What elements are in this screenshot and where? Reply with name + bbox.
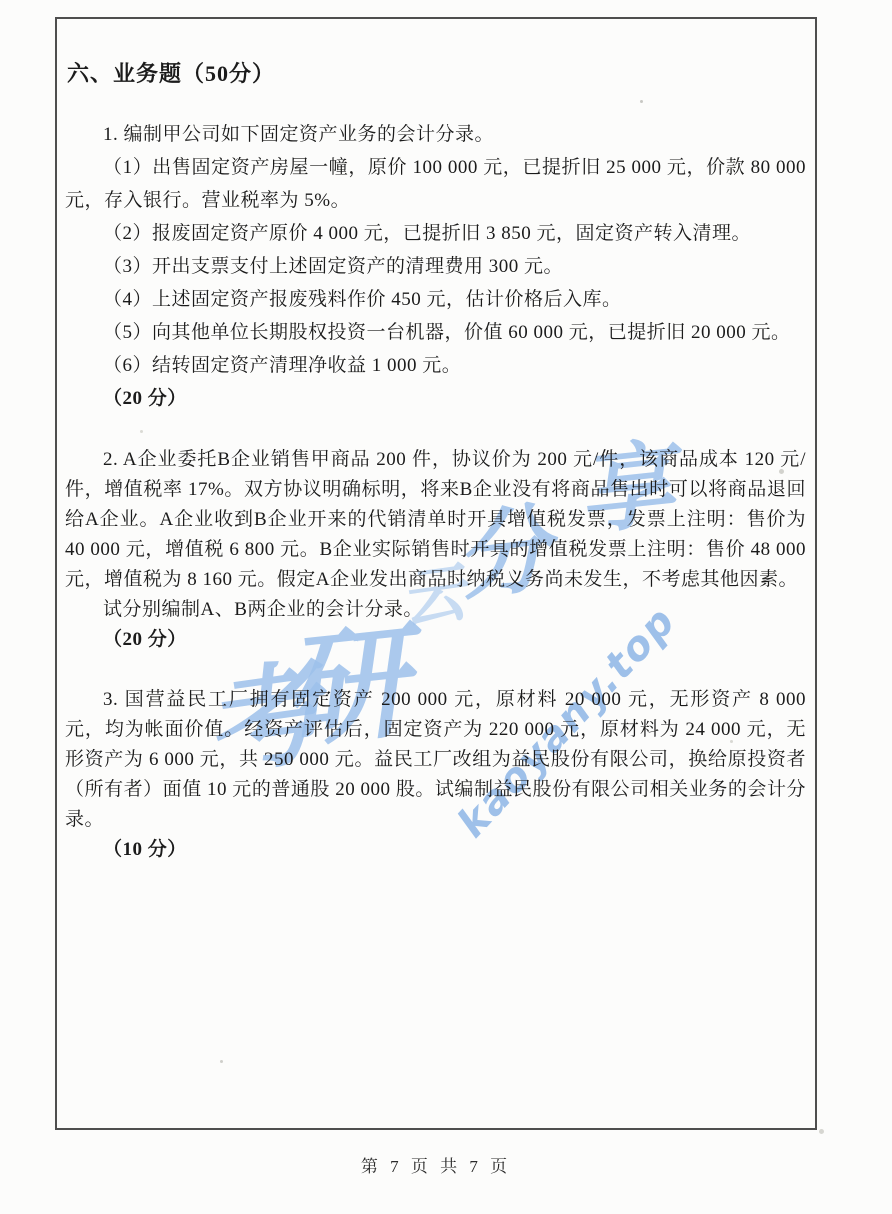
question-2-body: 2. A企业委托B企业销售甲商品 200 件，协议价为 200 元/件，该商品成… (65, 445, 806, 595)
question-1-item: （6）结转固定资产清理净收益 1 000 元。 (65, 349, 806, 382)
question-1-intro: 1. 编制甲公司如下固定资产业务的会计分录。 (65, 118, 806, 151)
question-2: 2. A企业委托B企业销售甲商品 200 件，协议价为 200 元/件，该商品成… (65, 445, 806, 655)
question-1-item: （5）向其他单位长期股权投资一台机器，价值 60 000 元，已提折旧 20 0… (65, 316, 806, 349)
section-title: 六、业务题（50分） (67, 57, 806, 88)
question-3-score: （10 分） (65, 835, 806, 865)
question-3-body: 3. 国营益民工厂拥有固定资产 200 000 元，原材料 20 000 元，无… (65, 685, 806, 835)
page-border-frame: 六、业务题（50分） 1. 编制甲公司如下固定资产业务的会计分录。 （1）出售固… (55, 17, 817, 1130)
question-1: 1. 编制甲公司如下固定资产业务的会计分录。 （1）出售固定资产房屋一幢，原价 … (65, 118, 806, 415)
question-1-item: （3）开出支票支付上述固定资产的清理费用 300 元。 (65, 250, 806, 283)
page-footer: 第 7 页 共 7 页 (55, 1152, 817, 1177)
question-1-item: （2）报废固定资产原价 4 000 元，已提折旧 3 850 元，固定资产转入清… (65, 217, 806, 250)
question-2-task: 试分别编制A、B两企业的会计分录。 (65, 595, 806, 625)
question-1-item: （1）出售固定资产房屋一幢，原价 100 000 元，已提折旧 25 000 元… (65, 151, 806, 217)
question-2-score: （20 分） (65, 625, 806, 655)
question-1-score: （20 分） (65, 382, 806, 415)
question-3: 3. 国营益民工厂拥有固定资产 200 000 元，原材料 20 000 元，无… (65, 685, 806, 865)
question-1-item: （4）上述固定资产报废残料作价 450 元，估计价格后入库。 (65, 283, 806, 316)
page-content: 六、业务题（50分） 1. 编制甲公司如下固定资产业务的会计分录。 （1）出售固… (65, 19, 806, 865)
